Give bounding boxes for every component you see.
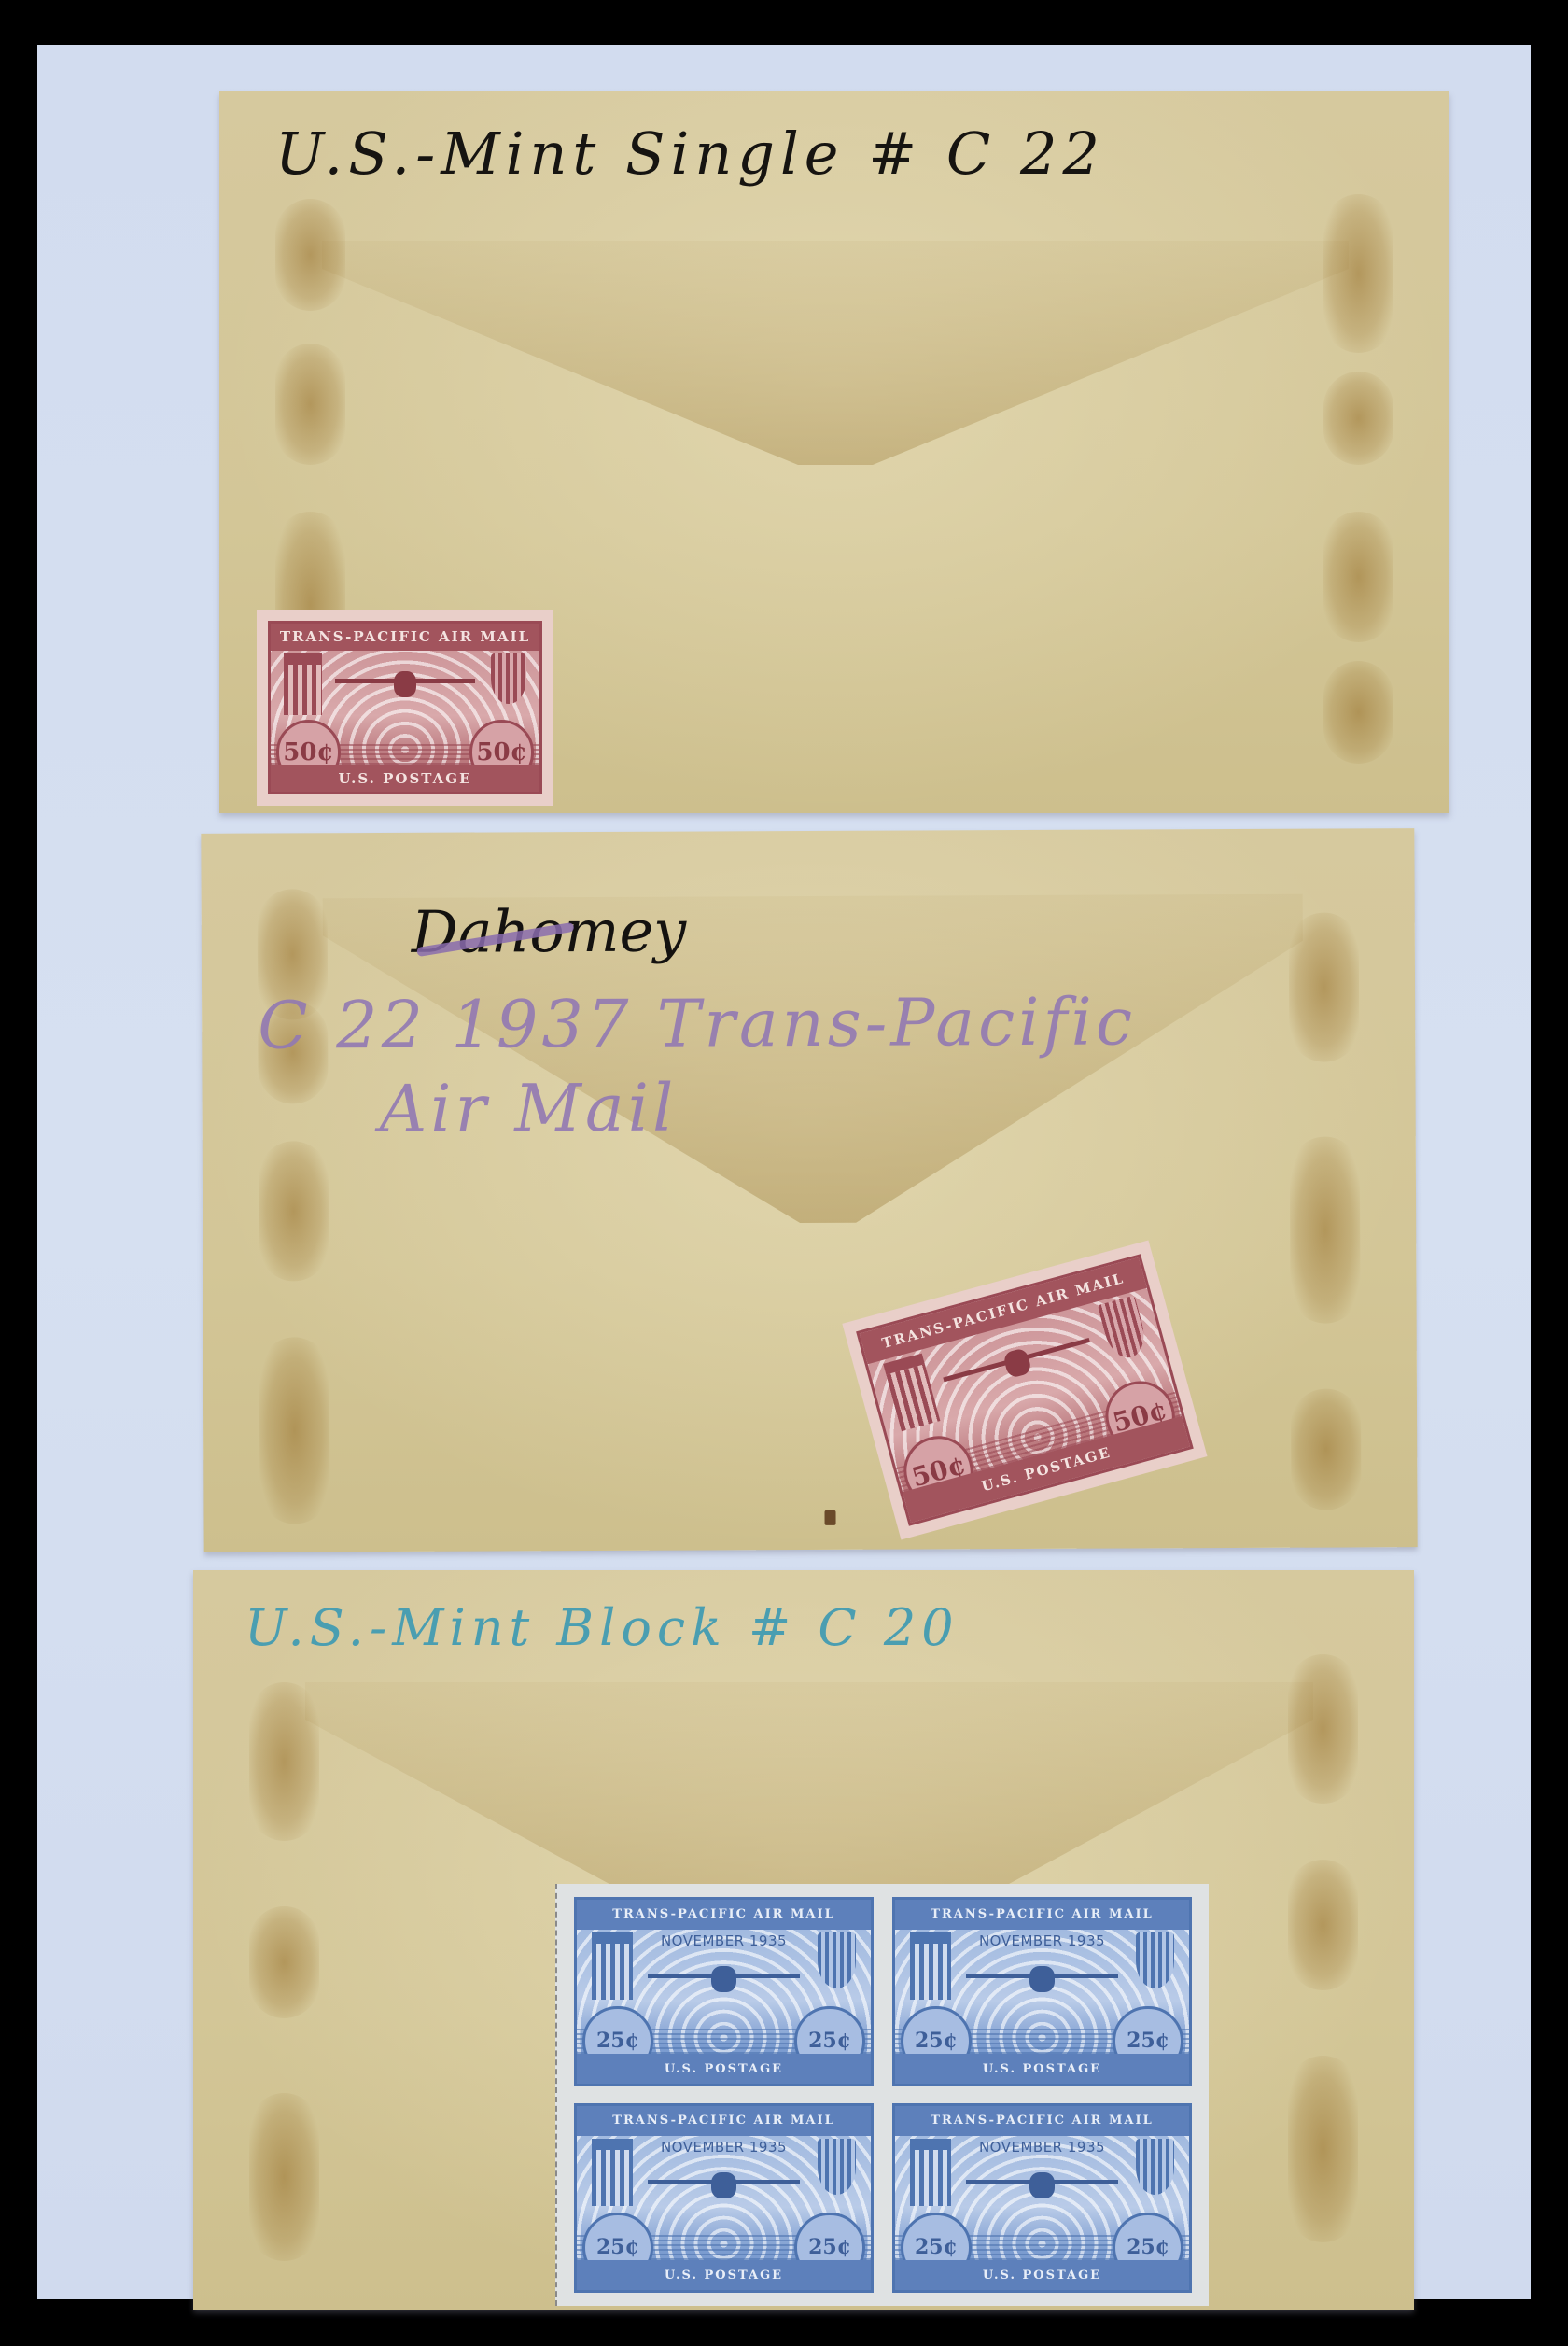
envelope-side-strip-left — [235, 1570, 338, 2310]
album-page: U.S.-Mint Single # C 22 TRANS-PACIFIC AI… — [37, 45, 1531, 2299]
stamp-top-text: TRANS-PACIFIC AIR MAIL — [895, 1900, 1189, 1930]
stamp-c22-single: TRANS-PACIFIC AIR MAIL 50¢ 50¢ U.S. POST… — [257, 610, 553, 806]
envelope-label: U.S.-Mint Block # C 20 — [245, 1598, 959, 1657]
stamp-design: TRANS-PACIFIC AIR MAIL 50¢ 50¢ U.S. POST… — [856, 1254, 1194, 1526]
shield-icon — [1098, 1295, 1149, 1361]
glassine-envelope-1: U.S.-Mint Single # C 22 TRANS-PACIFIC AI… — [219, 91, 1449, 813]
stamp-c20: TRANS-PACIFIC AIR MAIL NOVEMBER 1935 25¢… — [574, 1897, 874, 2086]
airplane-icon — [335, 679, 475, 683]
airplane-icon — [966, 1974, 1119, 1978]
envelope-label-line1: C 22 1937 Trans-Pacific — [258, 983, 1136, 1063]
shield-icon — [818, 1932, 856, 1988]
envelope-side-strip-right — [1274, 1570, 1377, 2310]
stamp-bottom-text: U.S. POSTAGE — [895, 2260, 1189, 2290]
flag-shield-icon — [910, 2139, 951, 2205]
flag-shield-icon — [910, 1932, 951, 1999]
stamp-top-text: TRANS-PACIFIC AIR MAIL — [577, 1900, 871, 1930]
shield-icon — [1136, 2139, 1174, 2194]
shield-icon — [1136, 1932, 1174, 1988]
envelope-flap-shading — [201, 828, 1417, 1552]
stamp-block-c20: TRANS-PACIFIC AIR MAIL NOVEMBER 1935 25¢… — [555, 1884, 1209, 2306]
envelope-label-line2: Air Mail — [379, 1070, 677, 1147]
airplane-icon — [944, 1338, 1090, 1382]
shield-icon — [818, 2139, 856, 2194]
stamp-design: TRANS-PACIFIC AIR MAIL NOVEMBER 1935 25¢… — [574, 2103, 874, 2293]
stamp-bottom-text: U.S. POSTAGE — [577, 2260, 871, 2290]
stamp-bottom-text: U.S. POSTAGE — [577, 2054, 871, 2084]
stamp-design: TRANS-PACIFIC AIR MAIL 50¢ 50¢ U.S. POST… — [268, 621, 542, 794]
airplane-icon — [648, 2180, 801, 2184]
stamp-bottom-text: U.S. POSTAGE — [895, 2054, 1189, 2084]
stamp-c20: TRANS-PACIFIC AIR MAIL NOVEMBER 1935 25¢… — [892, 1897, 1192, 2086]
stamp-c22-single: TRANS-PACIFIC AIR MAIL 50¢ 50¢ U.S. POST… — [842, 1241, 1207, 1540]
flag-shield-icon — [592, 2139, 633, 2205]
stamp-c20: TRANS-PACIFIC AIR MAIL NOVEMBER 1935 25¢… — [892, 2103, 1192, 2293]
shield-icon — [491, 653, 525, 704]
envelope-side-strip-right — [1274, 828, 1379, 1547]
glassine-envelope-2: Dahomey C 22 1937 Trans-Pacific Air Mail… — [201, 828, 1417, 1552]
stamp-top-text: TRANS-PACIFIC AIR MAIL — [271, 624, 539, 651]
flag-shield-icon — [592, 1932, 633, 1999]
stamp-design: TRANS-PACIFIC AIR MAIL NOVEMBER 1935 25¢… — [574, 1897, 874, 2086]
airplane-icon — [648, 1974, 801, 1978]
glassine-envelope-3: U.S.-Mint Block # C 20 TRANS-PACIFIC AIR… — [193, 1570, 1414, 2310]
envelope-side-strip-right — [1309, 91, 1412, 813]
envelope-label: U.S.-Mint Single # C 22 — [275, 119, 1105, 188]
stamp-design: TRANS-PACIFIC AIR MAIL NOVEMBER 1935 25¢… — [892, 1897, 1192, 2086]
stamp-design: TRANS-PACIFIC AIR MAIL NOVEMBER 1935 25¢… — [892, 2103, 1192, 2293]
stamp-top-text: TRANS-PACIFIC AIR MAIL — [895, 2106, 1189, 2136]
stamp-top-text: TRANS-PACIFIC AIR MAIL — [577, 2106, 871, 2136]
flag-shield-icon — [284, 653, 321, 715]
flag-shield-icon — [883, 1353, 941, 1431]
airplane-icon — [966, 2180, 1119, 2184]
stamp-bottom-text: U.S. POSTAGE — [271, 765, 539, 792]
envelope-side-strip-left — [243, 833, 348, 1552]
stamp-c20: TRANS-PACIFIC AIR MAIL NOVEMBER 1935 25¢… — [574, 2103, 874, 2293]
stain-mark — [824, 1510, 835, 1525]
